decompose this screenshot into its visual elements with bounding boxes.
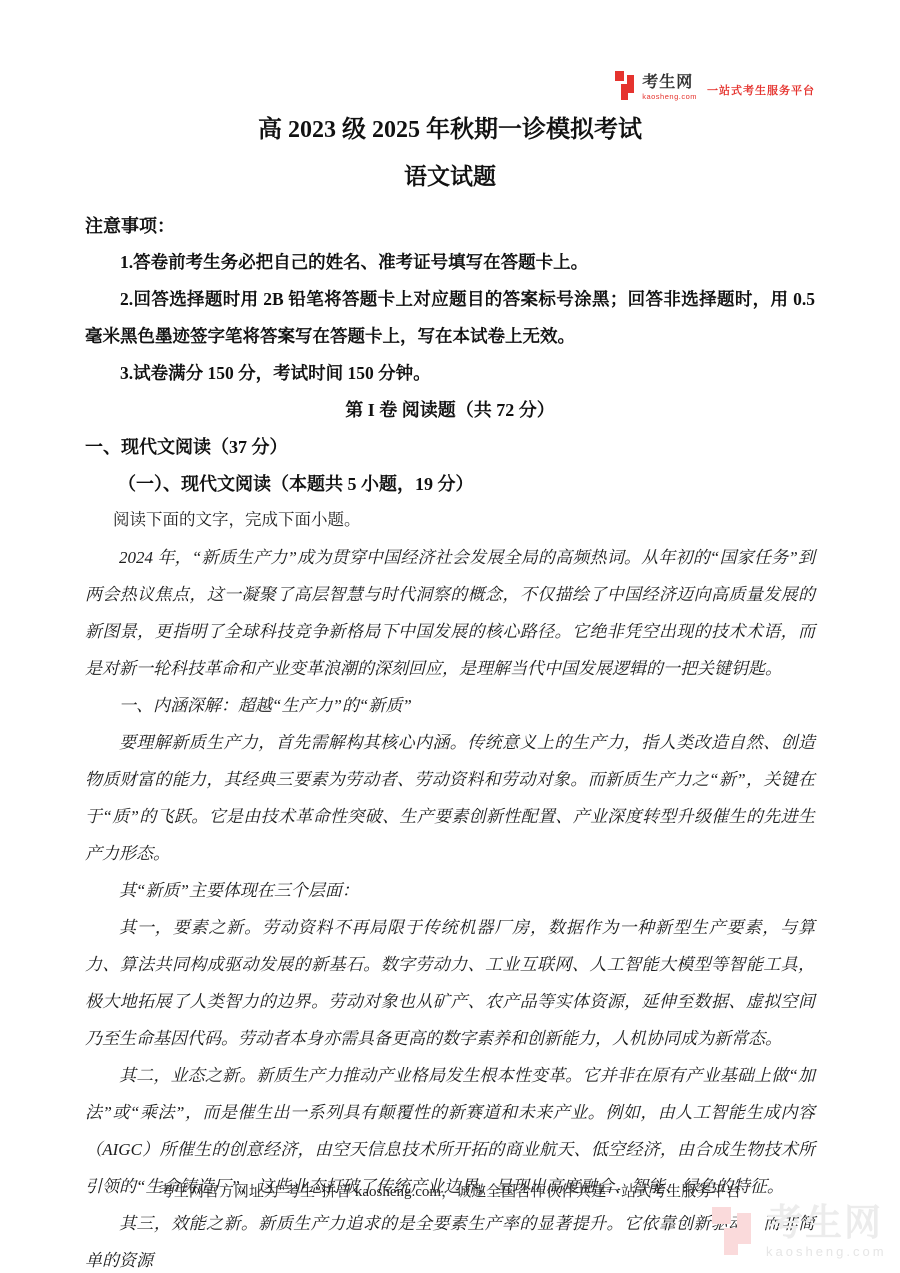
passage-paragraph-2: 要理解新质生产力，首先需解构其核心内涵。传统意义上的生产力，指人类改造自然、创造…	[85, 724, 815, 872]
passage-paragraph-6: 其三，效能之新。新质生产力追求的是全要素生产率的显著提升。它依靠创新驱动，而非简…	[85, 1205, 815, 1273]
brand-domain: kaosheng.com	[642, 93, 697, 101]
reading-passage: 2024 年，“新质生产力”成为贯穿中国经济社会发展全局的高频热词。从年初的“国…	[85, 539, 815, 1273]
kaosheng-watermark-icon	[712, 1205, 758, 1255]
kaosheng-logo-icon	[615, 70, 637, 100]
exam-title: 高 2023 级 2025 年秋期一诊模拟考试	[85, 114, 815, 146]
subsection-heading: （一）、现代文阅读（本题共 5 小题，19 分）	[85, 466, 815, 503]
passage-paragraph-4: 其一，要素之新。劳动资料不再局限于传统机器厂房，数据作为一种新型生产要素，与算力…	[85, 909, 815, 1057]
volume-heading: 第 I 卷 阅读题（共 72 分）	[85, 392, 815, 429]
notice-item-2: 2.回答选择题时用 2B 铅笔将答题卡上对应题目的答案标号涂黑；回答非选择题时，…	[85, 281, 815, 355]
passage-paragraph-1: 2024 年，“新质生产力”成为贯穿中国经济社会发展全局的高频热词。从年初的“国…	[85, 539, 815, 687]
watermark-brand-domain: kaosheng.com	[766, 1245, 887, 1258]
reading-instruction: 阅读下面的文字，完成下面小题。	[85, 503, 815, 537]
brand-header: 考生网 kaosheng.com 一站式考生服务平台	[85, 0, 815, 100]
watermark-brand-name: 考生网	[766, 1205, 887, 1242]
notice-section: 注意事项： 1.答卷前考生务必把自己的姓名、准考证号填写在答题卡上。 2.回答选…	[85, 208, 815, 392]
section-heading: 一、现代文阅读（37 分）	[85, 429, 815, 466]
brand-logo: 考生网 kaosheng.com 一站式考生服务平台	[615, 70, 815, 100]
brand-tagline: 一站式考生服务平台	[707, 82, 815, 100]
brand-name: 考生网	[642, 75, 697, 91]
passage-subheading-1: 一、内涵深解：超越“生产力”的“新质”	[85, 687, 815, 724]
notice-heading: 注意事项：	[85, 208, 815, 244]
exam-paper-page: 考生网 kaosheng.com 一站式考生服务平台 高 2023 级 2025…	[0, 0, 900, 1273]
passage-paragraph-3: 其“新质”主要体现在三个层面：	[85, 872, 815, 909]
notice-item-3: 3.试卷满分 150 分，考试时间 150 分钟。	[85, 355, 815, 392]
exam-subject: 语文试题	[85, 162, 815, 192]
footer-text: 考生网官方网址为"考生"拼音 kaosheng.com，诚邀全国合作伙伴共建一站…	[0, 1180, 900, 1201]
brand-watermark: 考生网 kaosheng.com	[712, 1205, 887, 1258]
notice-item-1: 1.答卷前考生务必把自己的姓名、准考证号填写在答题卡上。	[85, 244, 815, 281]
